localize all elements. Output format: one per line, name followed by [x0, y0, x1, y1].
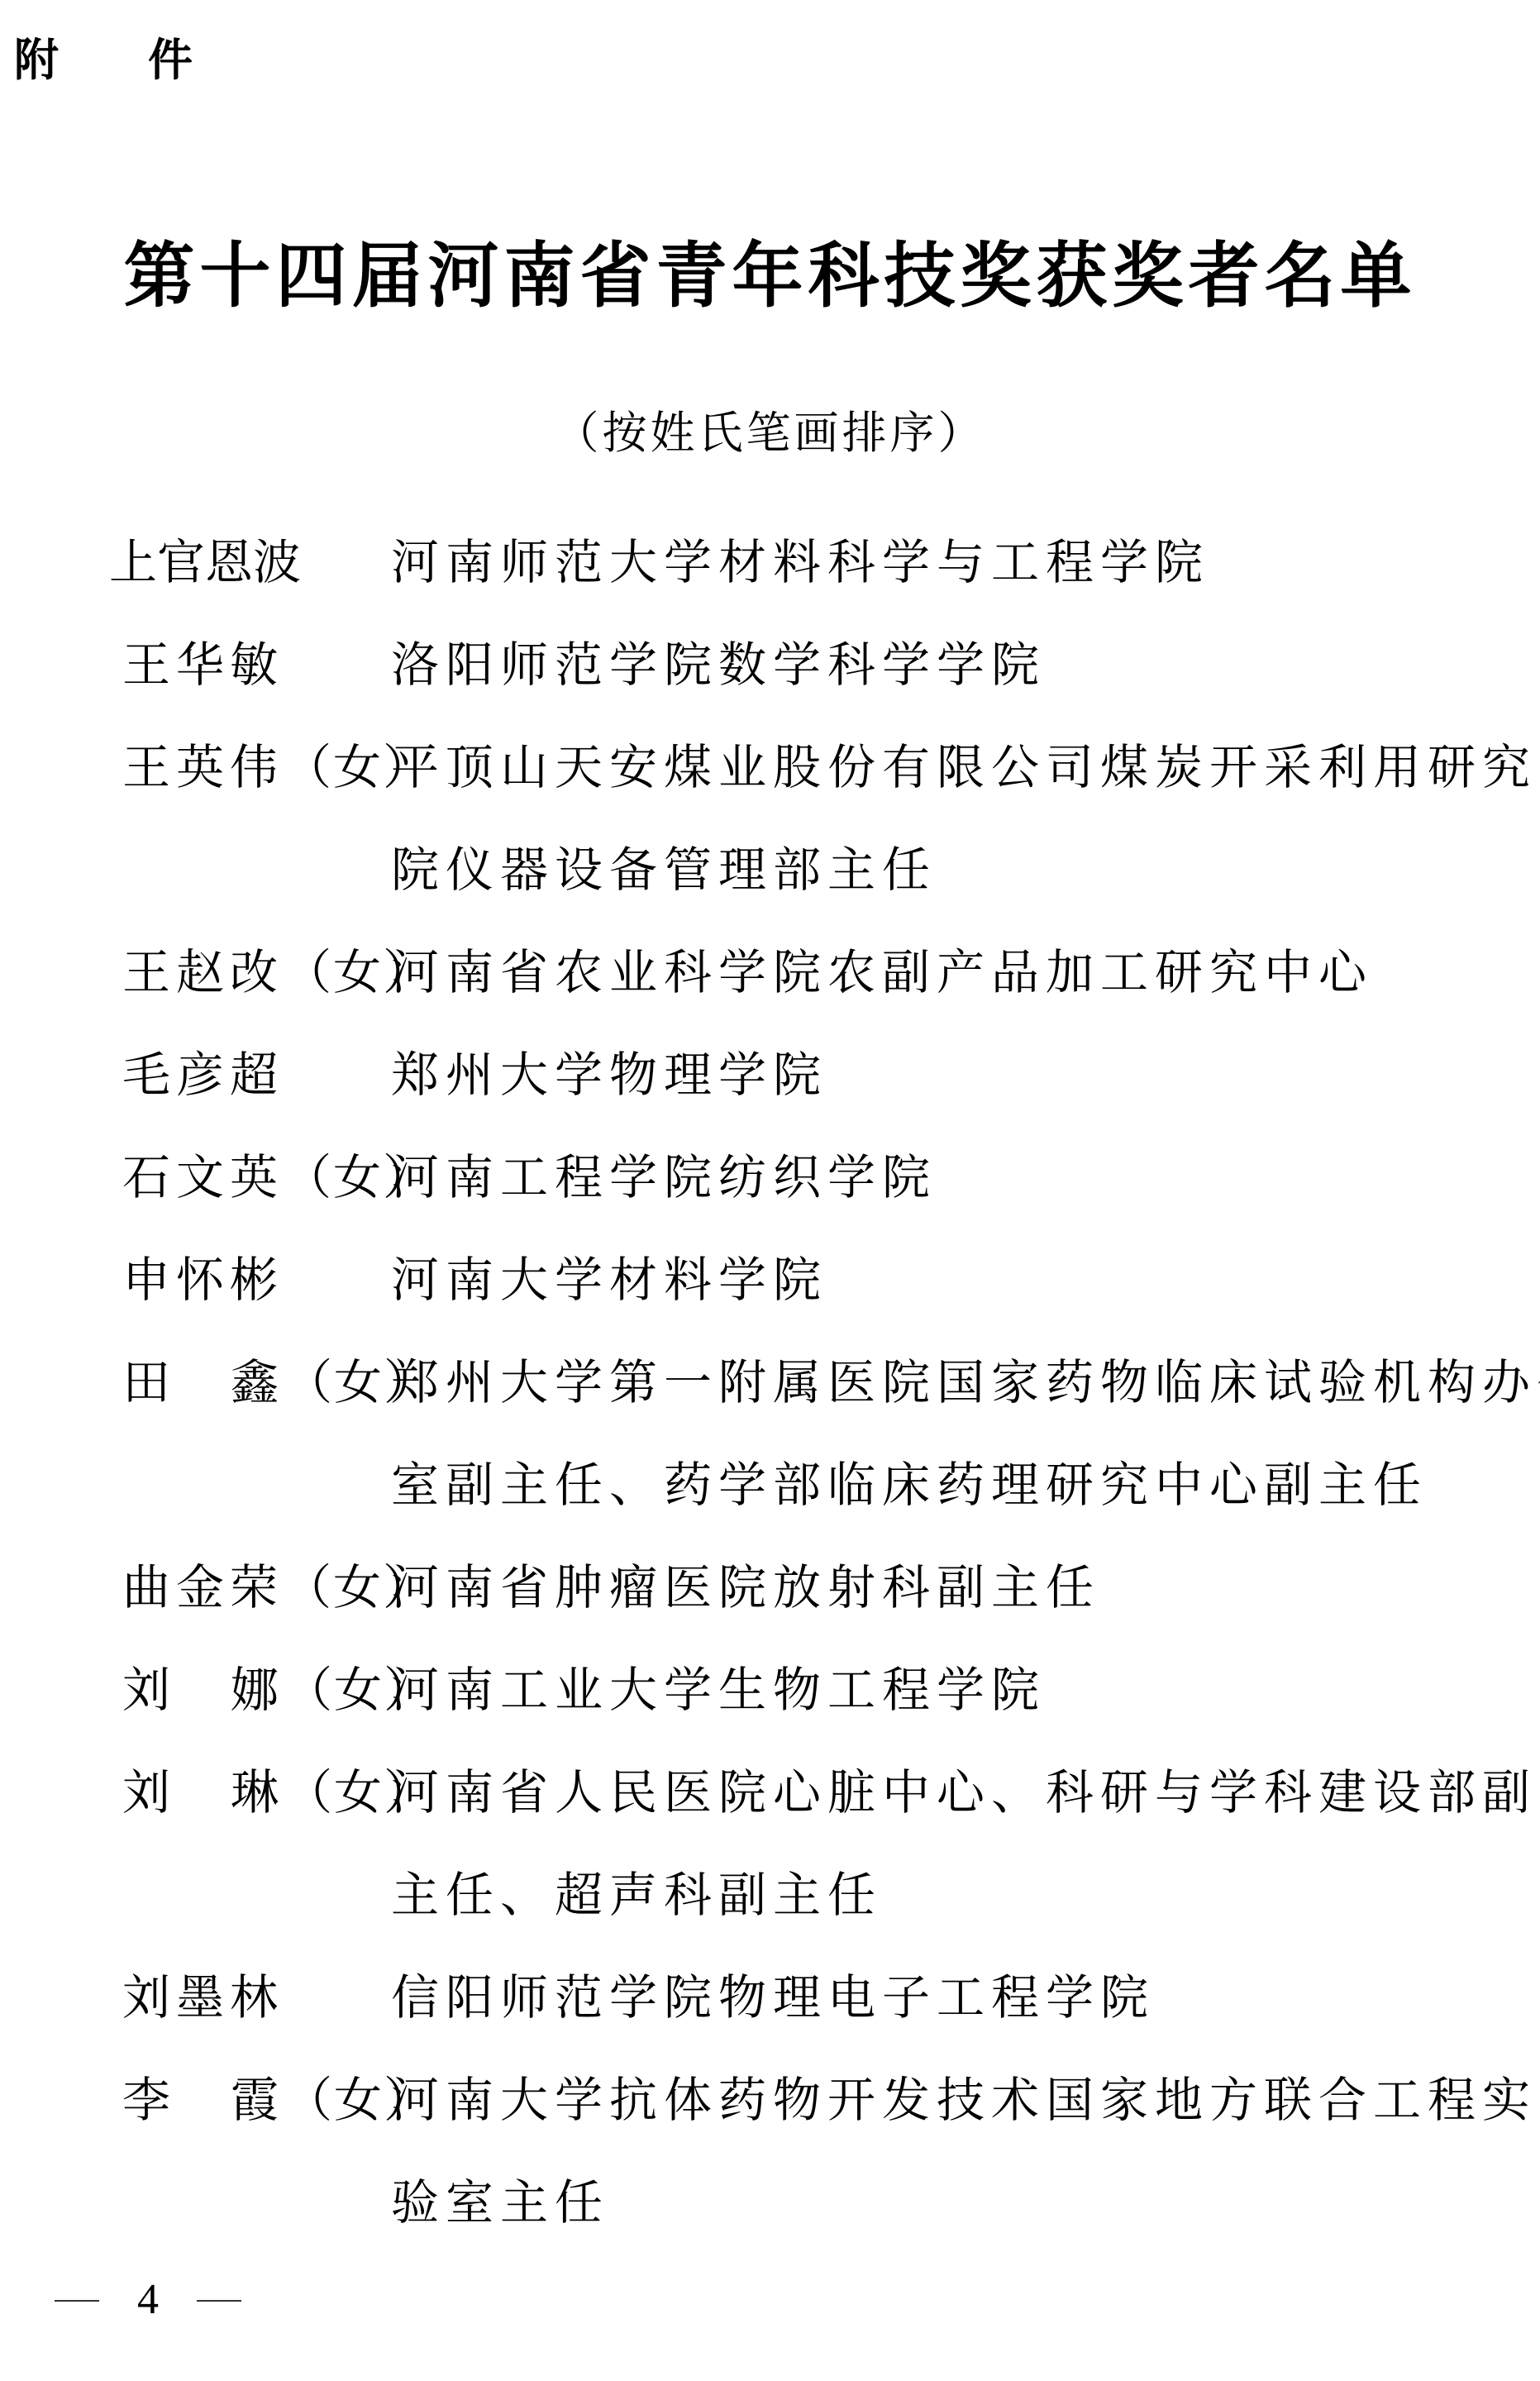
awardee-organization: 平顶山天安煤业股份有限公司煤炭开采利用研究 — [391, 734, 1537, 800]
awardee-organization: 河南省人民医院心脏中心、科研与学科建设部副 — [391, 1759, 1537, 1825]
awardee-organization: 河南师范大学材料科学与工程学院 — [391, 529, 1209, 595]
awardee-given-name: 娜 — [231, 1662, 284, 1718]
awardee-organization-continued: 院仪器设备管理部主任 — [391, 837, 937, 903]
page-number-value: 4 — [137, 2275, 159, 2325]
awardee-organization-continued: 主任、超声科副主任 — [391, 1862, 882, 1928]
awardee-name: 石文英 — [122, 1149, 284, 1205]
awardee-name: 上官恩波 — [109, 529, 301, 595]
awardee-name: 王赵改 — [122, 944, 284, 1000]
dash-left — [55, 2300, 99, 2302]
awardee-organization: 洛阳师范学院数学科学学院 — [391, 632, 1046, 698]
awardee-organization-continued: 验室主任 — [391, 2169, 609, 2235]
awardee-organization: 郑州大学第一附属医院国家药物临床试验机构办公 — [391, 1349, 1540, 1415]
list-item: 上官恩波 河南师范大学材料科学与工程学院 — [0, 529, 1540, 632]
list-item: 毛彦超 郑州大学物理学院 — [0, 1042, 1540, 1144]
awardee-list: 上官恩波 河南师范大学材料科学与工程学院 王华敏 洛阳师范学院数学科学学院 王英… — [0, 529, 1540, 2272]
awardee-surname: 刘 — [122, 1662, 176, 1718]
attachment-label: 附 件 — [14, 33, 193, 88]
awardee-name: 王华敏 — [122, 632, 284, 698]
awardee-name: 申怀彬 — [122, 1247, 284, 1313]
awardee-organization: 郑州大学物理学院 — [391, 1042, 827, 1108]
awardee-organization: 河南工程学院纺织学院 — [391, 1144, 937, 1210]
awardee-given-name: 霞 — [231, 2072, 284, 2128]
awardee-name: 曲金荣 — [122, 1559, 284, 1615]
page-number: 4 — [55, 2275, 241, 2325]
awardee-organization: 河南工业大学生物工程学院 — [391, 1657, 1046, 1723]
awardee-name: 王英伟 — [122, 739, 284, 795]
page-title: 第十四届河南省青年科技奖获奖者名单 — [0, 235, 1540, 317]
awardee-name: 毛彦超 — [122, 1042, 284, 1108]
list-item: 刘琳（女） 河南省人民医院心脏中心、科研与学科建设部副 主任、超声科副主任 — [0, 1759, 1540, 1964]
awardee-surname: 李 — [122, 2072, 176, 2128]
awardee-surname: 田 — [122, 1354, 176, 1410]
awardee-given-name: 琳 — [231, 1764, 284, 1820]
list-item: 王英伟（女） 平顶山天安煤业股份有限公司煤炭开采利用研究 院仪器设备管理部主任 — [0, 734, 1540, 939]
page-subtitle: （按姓氏笔画排序） — [0, 400, 1540, 466]
list-item: 李霞（女） 河南大学抗体药物开发技术国家地方联合工程实 验室主任 — [0, 2067, 1540, 2272]
list-item: 石文英（女） 河南工程学院纺织学院 — [0, 1144, 1540, 1247]
list-item: 刘墨林 信阳师范学院物理电子工程学院 — [0, 1964, 1540, 2067]
list-item: 王赵改（女） 河南省农业科学院农副产品加工研究中心 — [0, 939, 1540, 1042]
awardee-organization: 河南省肿瘤医院放射科副主任 — [391, 1554, 1100, 1620]
list-item: 田鑫（女） 郑州大学第一附属医院国家药物临床试验机构办公 室副主任、药学部临床药… — [0, 1349, 1540, 1554]
list-item: 曲金荣（女） 河南省肿瘤医院放射科副主任 — [0, 1554, 1540, 1657]
awardee-organization: 信阳师范学院物理电子工程学院 — [391, 1964, 1155, 2030]
awardee-organization: 河南大学材料学院 — [391, 1247, 827, 1313]
list-item: 刘娜（女） 河南工业大学生物工程学院 — [0, 1657, 1540, 1759]
awardee-organization-continued: 室副主任、药学部临床药理研究中心副主任 — [391, 1452, 1428, 1518]
awardee-name: 刘墨林 — [122, 1964, 284, 2030]
awardee-given-name: 鑫 — [231, 1354, 284, 1410]
awardee-surname: 刘 — [122, 1764, 176, 1820]
dash-right — [197, 2300, 241, 2302]
list-item: 申怀彬 河南大学材料学院 — [0, 1247, 1540, 1349]
list-item: 王华敏 洛阳师范学院数学科学学院 — [0, 632, 1540, 734]
awardee-organization: 河南大学抗体药物开发技术国家地方联合工程实 — [391, 2067, 1537, 2133]
awardee-organization: 河南省农业科学院农副产品加工研究中心 — [391, 939, 1373, 1005]
